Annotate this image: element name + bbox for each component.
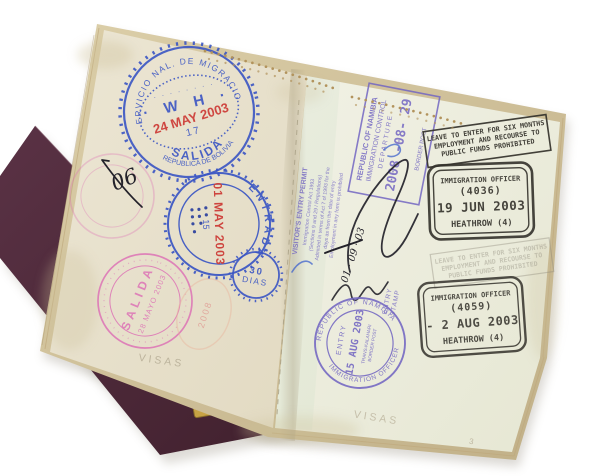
passport-photo-scene: VISAS VISAS 3 SALIDA 28 MAYO 2003 2008 S…	[0, 0, 600, 476]
entry-date: 19 JUN 2003	[437, 197, 526, 215]
port-name: HEATHROW (4)	[451, 218, 513, 230]
passport-illustration: VISAS VISAS 3 SALIDA 28 MAYO 2003 2008 S…	[0, 0, 600, 476]
entry-date: 01 MAY 2003	[211, 182, 228, 266]
officer-number: (4036)	[459, 185, 501, 197]
stamp-number: 15	[201, 219, 211, 229]
